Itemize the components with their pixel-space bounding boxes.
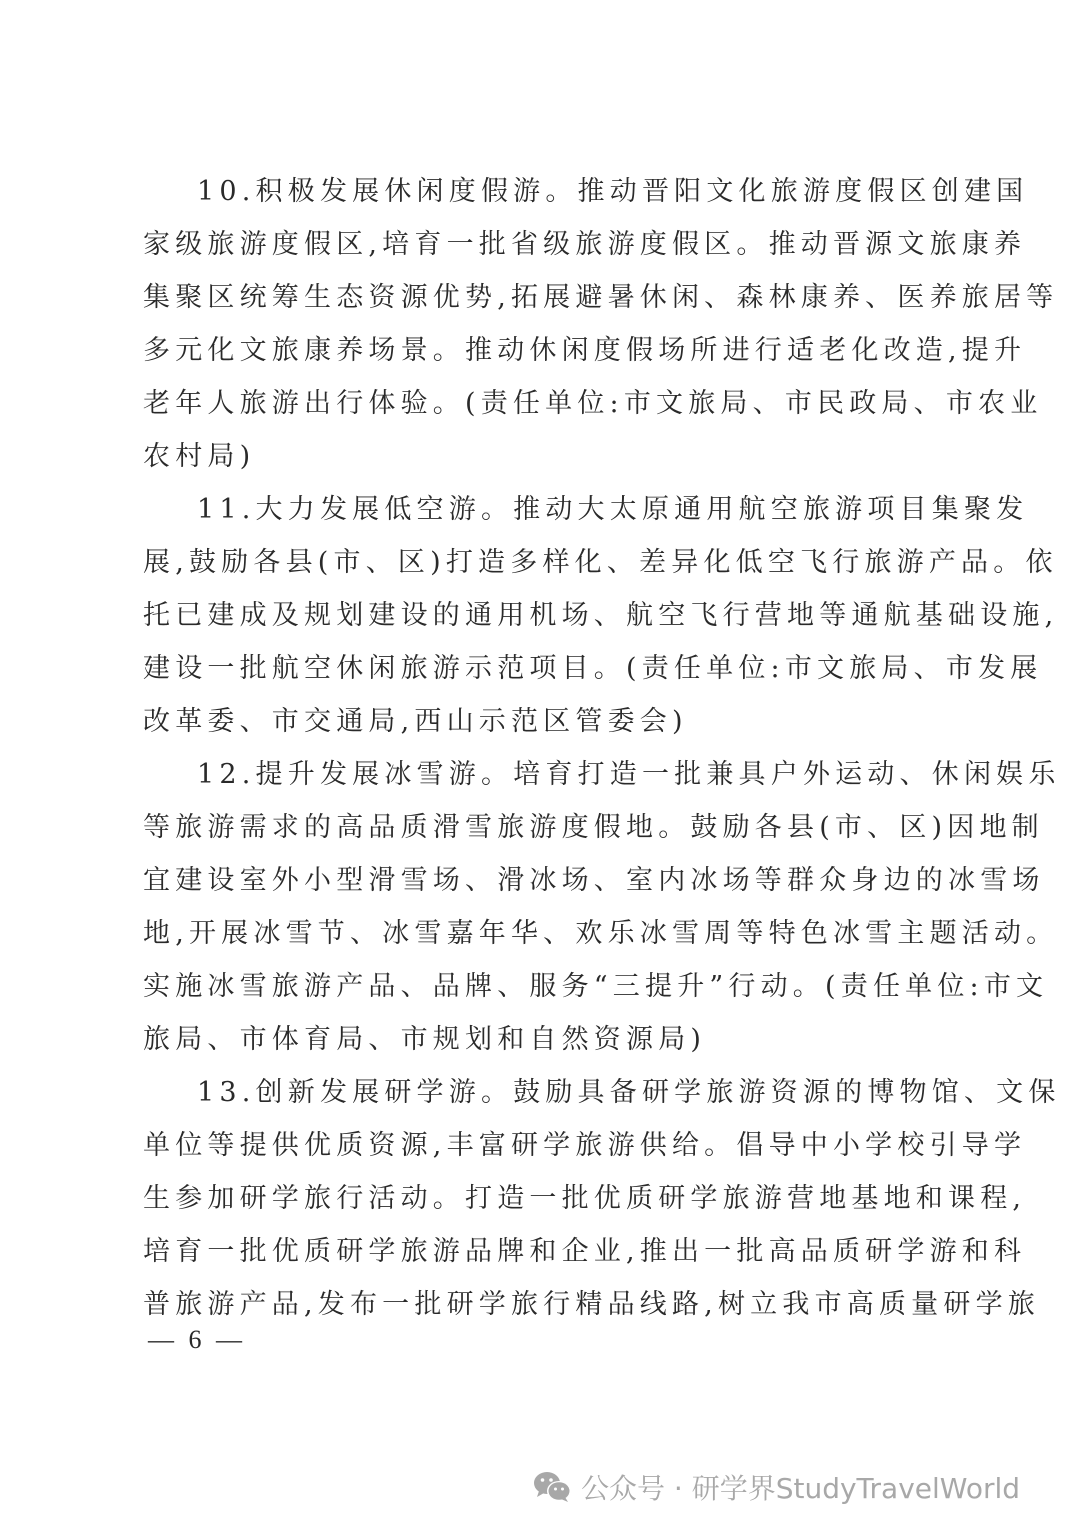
paragraph-12-line-4: 地,开展冰雪节、冰雪嘉年华、欢乐冰雪周等特色冰雪主题活动。: [143, 910, 943, 963]
paragraph-12-line-3: 宜建设室外小型滑雪场、滑冰场、室内冰场等群众身边的冰雪场: [143, 857, 943, 910]
paragraph-11-line-5: 改革委、市交通局,西山示范区管委会): [143, 698, 943, 751]
paragraph-10-line-2: 家级旅游度假区,培育一批省级旅游度假区。推动晋源文旅康养: [143, 221, 943, 274]
page-number: — 6 —: [148, 1325, 246, 1355]
paragraph-12-line-6: 旅局、市体育局、市规划和自然资源局): [143, 1016, 943, 1069]
paragraph-11-line-2: 展,鼓励各县(市、区)打造多样化、差异化低空飞行旅游产品。依: [143, 539, 943, 592]
paragraph-13-line-1: 13.创新发展研学游。鼓励具备研学旅游资源的博物馆、文保: [143, 1069, 943, 1122]
paragraph-13-line-5: 普旅游产品,发布一批研学旅行精品线路,树立我市高质量研学旅: [143, 1281, 943, 1334]
watermark: 公众号 · 研学界StudyTravelWorld: [533, 1467, 1020, 1507]
paragraph-10-line-1: 10.积极发展休闲度假游。推动晋阳文化旅游度假区创建国: [143, 168, 943, 221]
paragraph-12-line-2: 等旅游需求的高品质滑雪旅游度假地。鼓励各县(市、区)因地制: [143, 804, 943, 857]
paragraph-10-line-6: 农村局): [143, 433, 943, 486]
paragraph-10-line-4: 多元化文旅康养场景。推动休闲度假场所进行适老化改造,提升: [143, 327, 943, 380]
paragraph-11-line-3: 托已建成及规划建设的通用机场、航空飞行营地等通航基础设施,: [143, 592, 943, 645]
wechat-icon: [533, 1470, 573, 1504]
paragraph-11-line-1: 11.大力发展低空游。推动大太原通用航空旅游项目集聚发: [143, 486, 943, 539]
paragraph-10-line-3: 集聚区统筹生态资源优势,拓展避暑休闲、森林康养、医养旅居等: [143, 274, 943, 327]
paragraph-13-line-4: 培育一批优质研学旅游品牌和企业,推出一批高品质研学游和科: [143, 1228, 943, 1281]
watermark-text: 公众号 · 研学界StudyTravelWorld: [581, 1467, 1020, 1507]
paragraph-12-line-1: 12.提升发展冰雪游。培育打造一批兼具户外运动、休闲娱乐: [143, 751, 943, 804]
paragraph-13-line-3: 生参加研学旅行活动。打造一批优质研学旅游营地基地和课程,: [143, 1175, 943, 1228]
paragraph-10-line-5: 老年人旅游出行体验。(责任单位:市文旅局、市民政局、市农业: [143, 380, 943, 433]
paragraph-12-line-5: 实施冰雪旅游产品、品牌、服务“三提升”行动。(责任单位:市文: [143, 963, 943, 1016]
paragraph-11-line-4: 建设一批航空休闲旅游示范项目。(责任单位:市文旅局、市发展: [143, 645, 943, 698]
document-body: 10.积极发展休闲度假游。推动晋阳文化旅游度假区创建国 家级旅游度假区,培育一批…: [143, 168, 943, 1334]
paragraph-13-line-2: 单位等提供优质资源,丰富研学旅游供给。倡导中小学校引导学: [143, 1122, 943, 1175]
